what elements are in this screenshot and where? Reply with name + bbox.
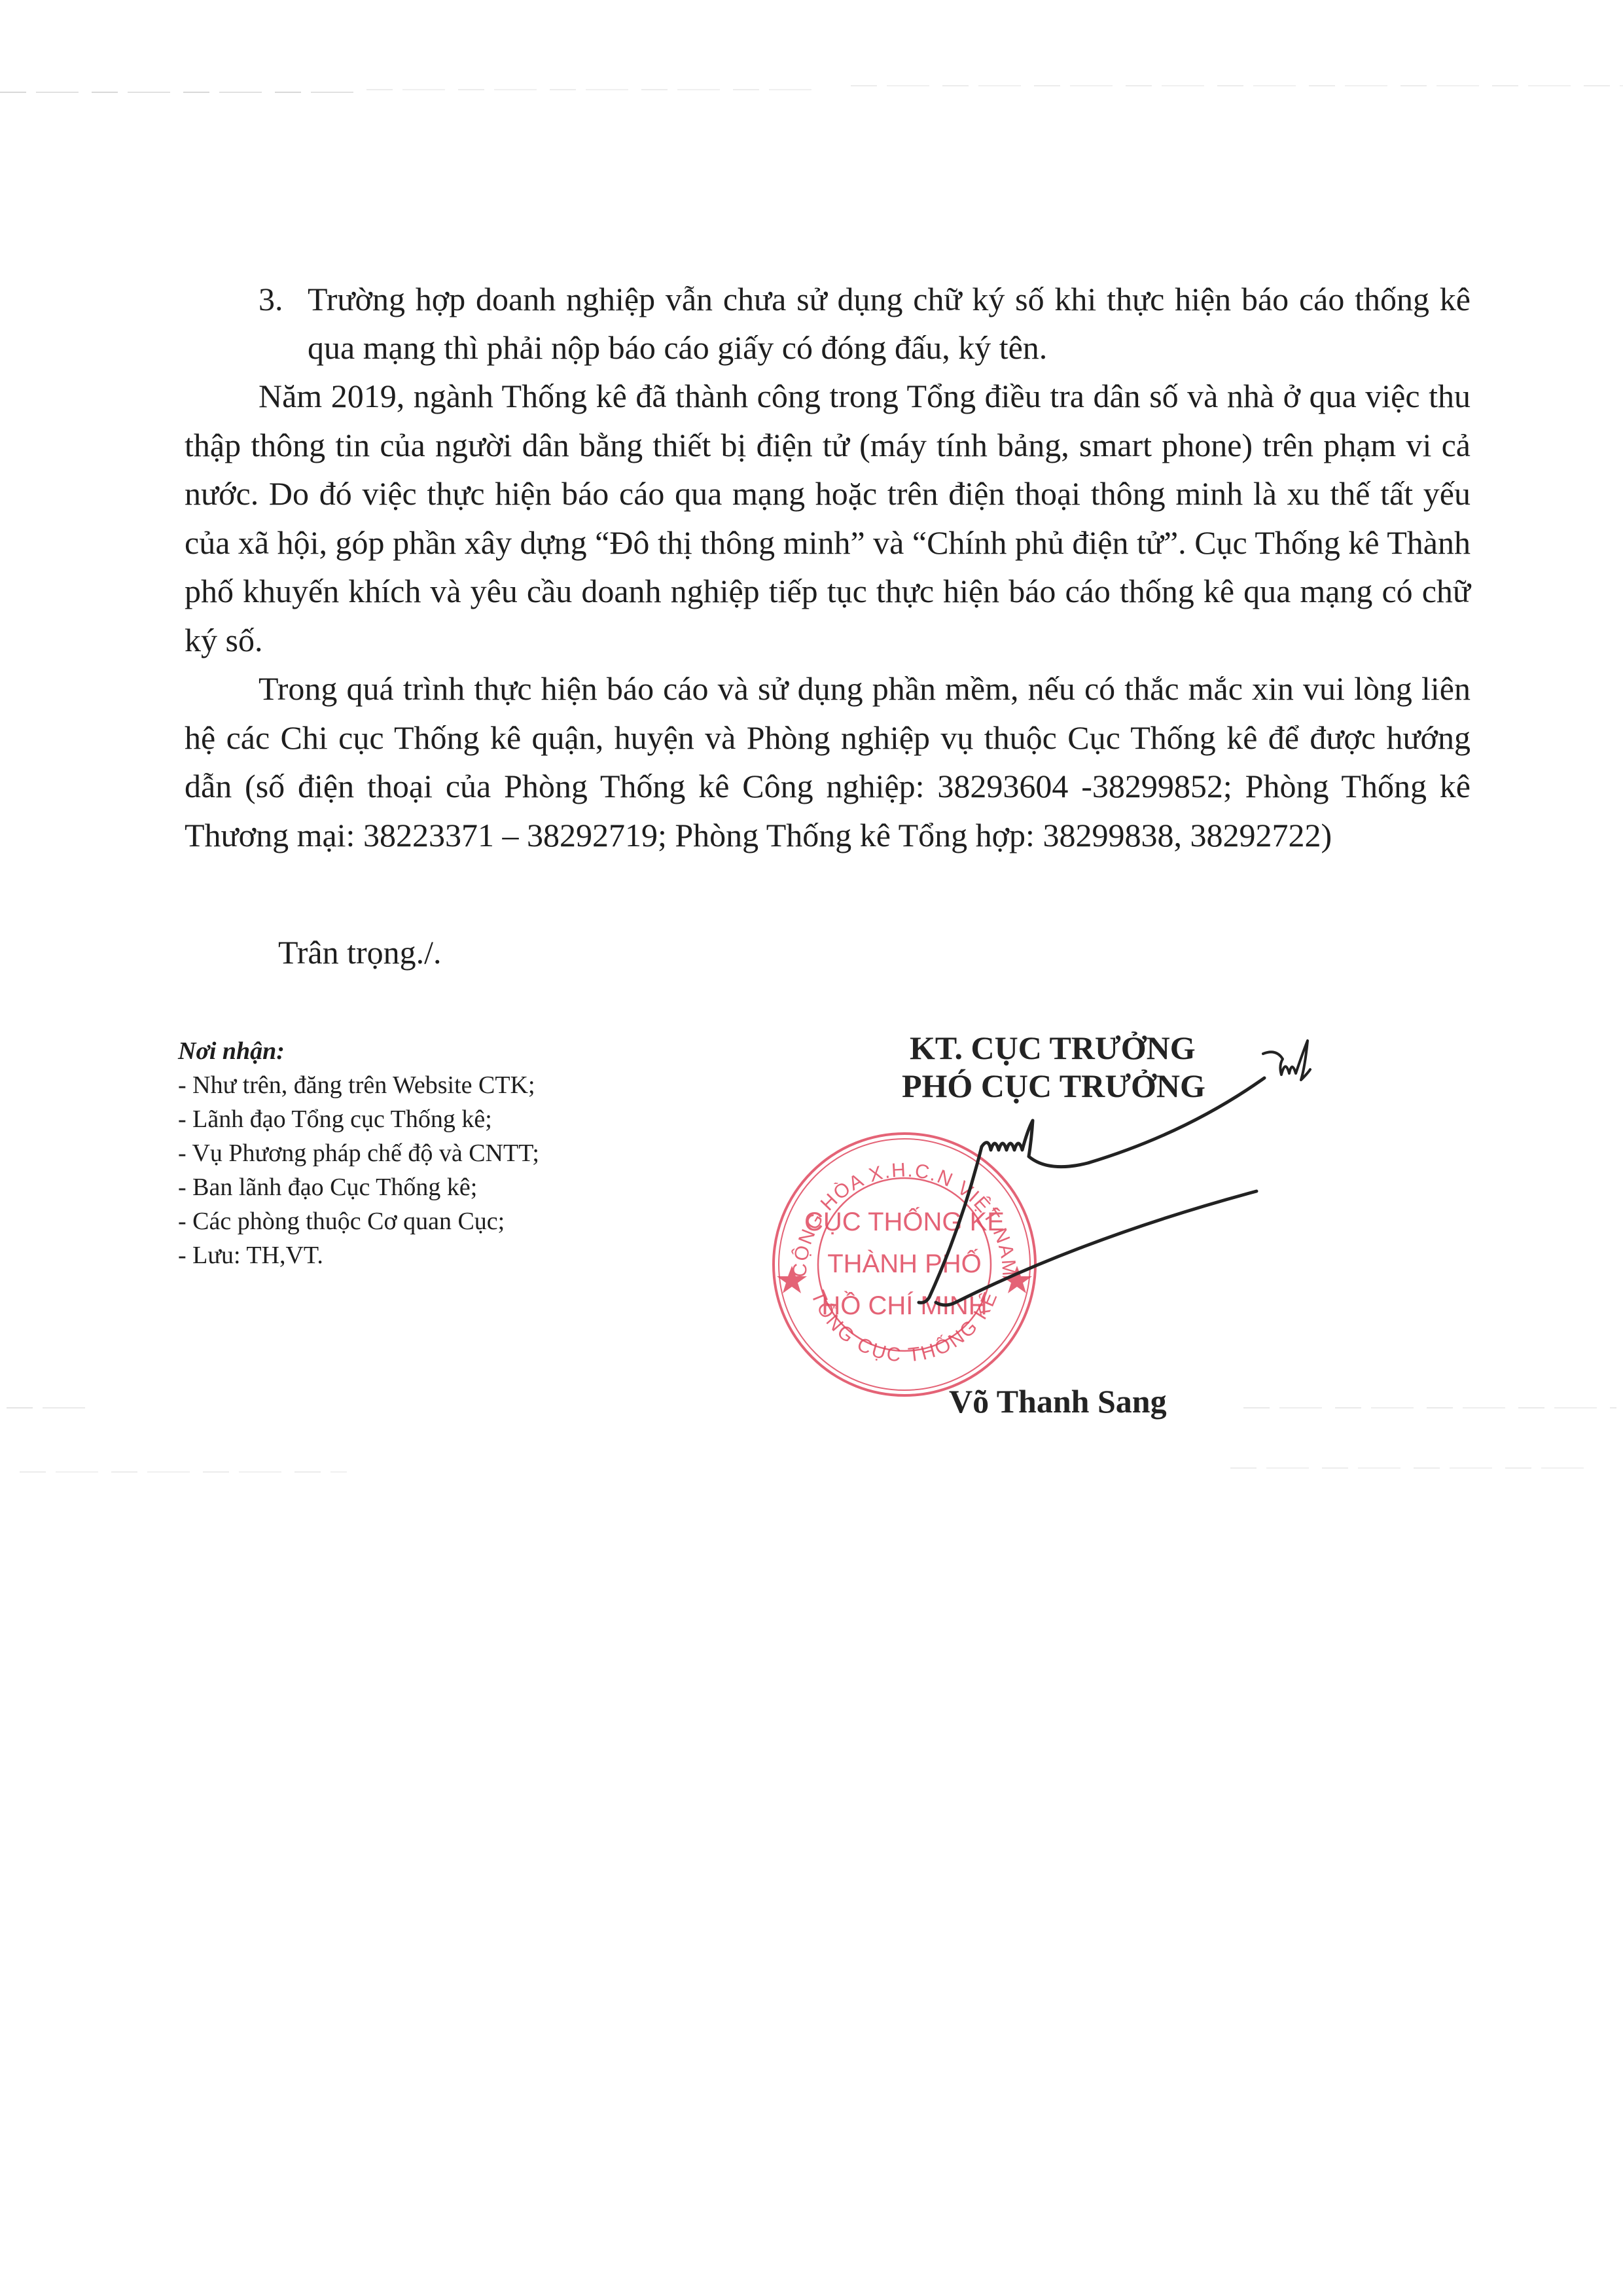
scan-artifact-line: [7, 1407, 98, 1408]
body-paragraph: Năm 2019, ngành Thống kê đã thành công t…: [185, 372, 1471, 664]
seal-center-line3: HỒ CHÍ MINH: [821, 1290, 987, 1320]
scan-artifact-line: [1243, 1407, 1616, 1408]
signature-title-line1: KT. CỤC TRƯỞNG: [910, 1029, 1276, 1067]
recipient-item: - Như trên, đăng trên Website CTK;: [178, 1068, 539, 1102]
seal-center-line1: CỤC THỐNG KÊ: [804, 1206, 1005, 1236]
recipient-item: - Ban lãnh đạo Cục Thống kê;: [178, 1170, 539, 1204]
body-paragraph: Trong quá trình thực hiện báo cáo và sử …: [185, 664, 1471, 859]
seal-center-line2: THÀNH PHỐ: [827, 1248, 982, 1278]
scan-artifact-line: [366, 89, 825, 90]
recipient-item: - Các phòng thuộc Cơ quan Cục;: [178, 1204, 539, 1238]
scan-artifact-line: [0, 92, 366, 93]
official-seal-stamp: CỘNG HÒA X.H.C.N VIỆT NAM TỔNG CỤC THỐNG…: [767, 1127, 1042, 1402]
recipient-item: - Vụ Phương pháp chế độ và CNTT;: [178, 1136, 539, 1170]
scan-artifact-line: [851, 85, 1623, 86]
scan-artifact-line: [20, 1471, 347, 1473]
recipients-title: Nơi nhận:: [178, 1034, 539, 1068]
paragraph-digital-reporting: Năm 2019, ngành Thống kê đã thành công t…: [185, 372, 1471, 664]
item-text: Trường hợp doanh nghiệp vẫn chưa sử dụng…: [259, 275, 1471, 372]
scan-artifact-line: [1230, 1467, 1597, 1469]
recipient-item: - Lãnh đạo Tổng cục Thống kê;: [178, 1102, 539, 1136]
signature-title-line2: PHÓ CỤC TRƯỞNG: [902, 1067, 1268, 1105]
recipient-item: - Lưu: TH,VT.: [178, 1238, 539, 1272]
paragraph-contact-info: Trong quá trình thực hiện báo cáo và sử …: [185, 664, 1471, 859]
item-number: 3.: [259, 275, 283, 323]
closing-salutation: Trân trọng./.: [278, 928, 442, 977]
numbered-item-3: 3. Trường hợp doanh nghiệp vẫn chưa sử d…: [259, 275, 1471, 372]
recipients-block: Nơi nhận: - Như trên, đăng trên Website …: [178, 1034, 539, 1272]
signer-name: Võ Thanh Sang: [949, 1382, 1167, 1420]
